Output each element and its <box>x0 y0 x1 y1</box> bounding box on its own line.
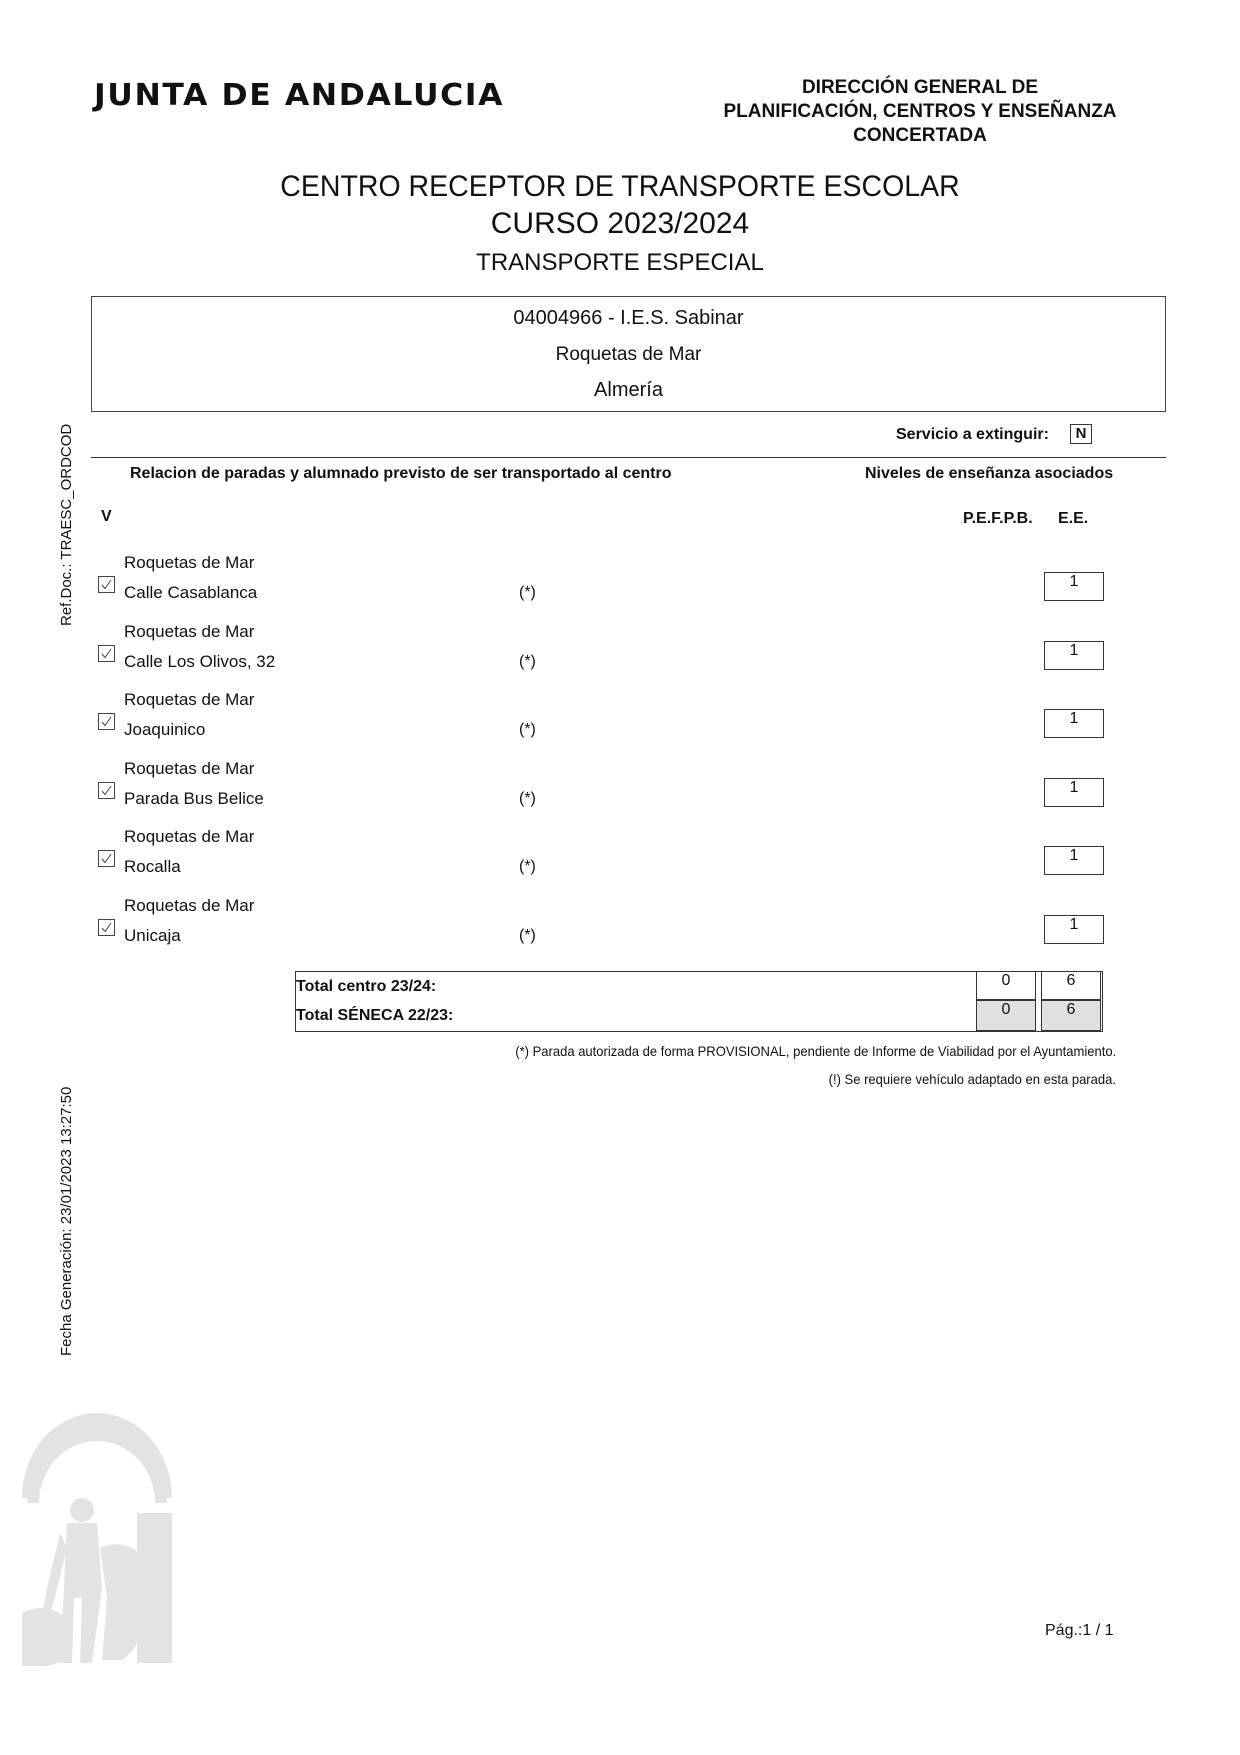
total-seneca-ee: 6 <box>1041 1000 1101 1031</box>
stop-row: Roquetas de Mar Unicaja (*) 1 <box>0 896 1240 964</box>
provisional-marker: (*) <box>519 653 536 671</box>
levels-section-heading: Niveles de enseñanza asociados <box>865 465 1113 483</box>
course-year: CURSO 2023/2024 <box>0 207 1240 241</box>
total-centro-ee: 6 <box>1041 971 1101 1000</box>
stop-town: Roquetas de Mar <box>124 759 254 779</box>
page-number: Pág.:1 / 1 <box>1045 1622 1114 1640</box>
stop-ee-count: 1 <box>1044 709 1104 738</box>
stop-ee-count: 1 <box>1044 572 1104 601</box>
note-adapted-vehicle: (!) Se requiere vehículo adaptado en est… <box>829 1071 1116 1087</box>
stop-checkbox[interactable] <box>98 782 115 799</box>
stop-checkbox[interactable] <box>98 713 115 730</box>
stop-row: Roquetas de Mar Calle Casablanca (*) 1 <box>0 553 1240 621</box>
provisional-marker: (*) <box>519 927 536 945</box>
totals-table: Total centro 23/24: Total SÉNECA 22/23: … <box>295 971 1103 1032</box>
column-header-v: V <box>101 508 112 526</box>
center-code-name: 04004966 - I.E.S. Sabinar <box>92 307 1165 330</box>
document-title: CENTRO RECEPTOR DE TRANSPORTE ESCOLAR <box>31 170 1209 204</box>
center-province: Almería <box>92 379 1165 402</box>
checkmark-icon <box>101 785 112 796</box>
stop-row: Roquetas de Mar Calle Los Olivos, 32 (*)… <box>0 622 1240 690</box>
provisional-marker: (*) <box>519 858 536 876</box>
stop-ee-count: 1 <box>1044 915 1104 944</box>
stop-name: Unicaja <box>124 926 181 946</box>
total-centro-label: Total centro 23/24: <box>296 978 436 996</box>
center-municipality: Roquetas de Mar <box>92 344 1165 366</box>
andalucia-emblem-watermark <box>22 1398 172 1673</box>
checkmark-icon <box>101 853 112 864</box>
stop-ee-count: 1 <box>1044 641 1104 670</box>
stop-checkbox[interactable] <box>98 919 115 936</box>
stop-checkbox[interactable] <box>98 850 115 867</box>
stop-town: Roquetas de Mar <box>124 896 254 916</box>
department-heading: DIRECCIÓN GENERAL DE PLANIFICACIÓN, CENT… <box>690 76 1150 148</box>
service-extinguish-value: N <box>1070 424 1092 444</box>
stop-name: Calle Casablanca <box>124 583 257 603</box>
provisional-marker: (*) <box>519 721 536 739</box>
stop-checkbox[interactable] <box>98 645 115 662</box>
checkmark-icon <box>101 716 112 727</box>
stop-name: Parada Bus Belice <box>124 789 264 809</box>
stop-town: Roquetas de Mar <box>124 827 254 847</box>
stop-town: Roquetas de Mar <box>124 622 254 642</box>
stop-row: Roquetas de Mar Joaquinico (*) 1 <box>0 690 1240 758</box>
department-line-1: DIRECCIÓN GENERAL DE <box>690 76 1150 100</box>
stop-name: Rocalla <box>124 857 181 877</box>
checkmark-icon <box>101 922 112 933</box>
note-provisional: (*) Parada autorizada de forma PROVISION… <box>515 1043 1116 1059</box>
generation-date-label: Fecha Generación: 23/01/2023 13:27:50 <box>58 1087 75 1356</box>
stops-section-heading: Relacion de paradas y alumnado previsto … <box>130 465 672 483</box>
total-centro-pefpb: 0 <box>976 971 1036 1000</box>
column-header-ee: E.E. <box>1058 510 1088 528</box>
column-header-pefpb: P.E.F.P.B. <box>963 510 1033 528</box>
stop-ee-count: 1 <box>1044 846 1104 875</box>
stop-name: Calle Los Olivos, 32 <box>124 652 275 672</box>
stop-row: Roquetas de Mar Rocalla (*) 1 <box>0 827 1240 895</box>
service-extinguish-label: Servicio a extinguir: <box>896 426 1049 444</box>
provisional-marker: (*) <box>519 584 536 602</box>
checkmark-icon <box>101 648 112 659</box>
ref-doc-label: Ref.Doc.: TRAESC_ORDCOD <box>58 424 75 626</box>
center-info-box: 04004966 - I.E.S. Sabinar Roquetas de Ma… <box>91 296 1166 412</box>
provisional-marker: (*) <box>519 790 536 808</box>
section-divider <box>91 457 1166 458</box>
department-line-2: PLANIFICACIÓN, CENTROS Y ENSEÑANZA <box>690 100 1150 124</box>
transport-type: TRANSPORTE ESPECIAL <box>0 249 1240 277</box>
stop-town: Roquetas de Mar <box>124 690 254 710</box>
stop-ee-count: 1 <box>1044 778 1104 807</box>
junta-de-andalucia-logo-text: JUNTA DE ANDALUCIA <box>94 78 504 113</box>
total-seneca-label: Total SÉNECA 22/23: <box>296 1007 453 1025</box>
stop-name: Joaquinico <box>124 720 205 740</box>
checkmark-icon <box>101 579 112 590</box>
department-line-3: CONCERTADA <box>690 124 1150 148</box>
stop-town: Roquetas de Mar <box>124 553 254 573</box>
emblem-icon <box>22 1398 172 1668</box>
stop-row: Roquetas de Mar Parada Bus Belice (*) 1 <box>0 759 1240 827</box>
total-seneca-pefpb: 0 <box>976 1000 1036 1031</box>
stop-checkbox[interactable] <box>98 576 115 593</box>
